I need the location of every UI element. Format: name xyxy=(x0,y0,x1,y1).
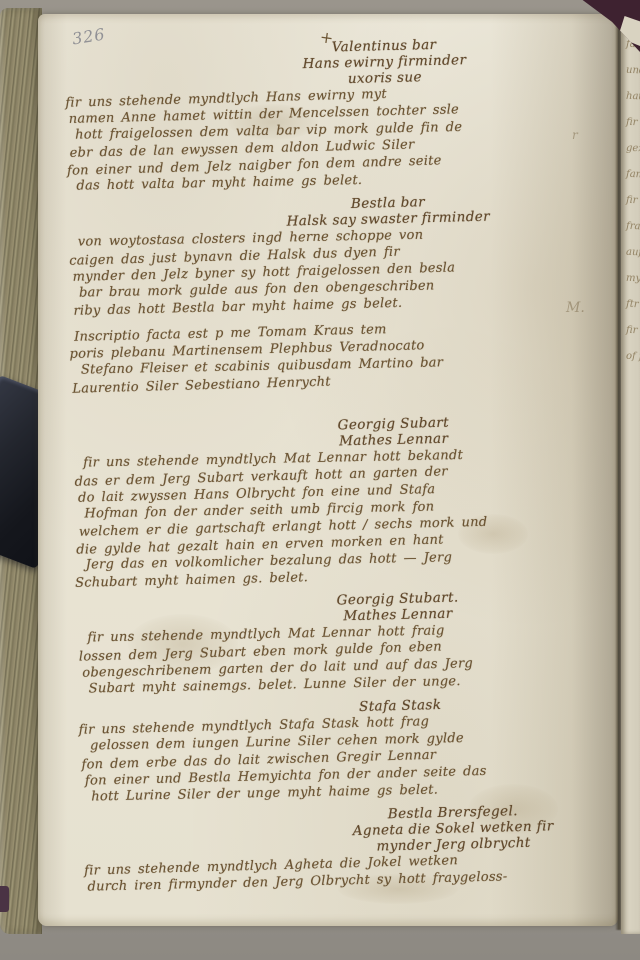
facing-page-text-fragment: auf xyxy=(621,240,640,267)
facing-page-sliver: dyfauundhathfir wgezfamfirframaufmyhftrf… xyxy=(621,6,640,934)
facing-page-text-fragment: gez xyxy=(621,136,640,163)
facing-page-text-fragment: fram xyxy=(621,214,640,241)
manuscript-photo: 326 + Valentinus barHans ewirny firminde… xyxy=(0,0,640,960)
manuscript-section: Georgig SubartMathes Lennarfir uns stehe… xyxy=(71,411,583,591)
manuscript-section: Valentinus barHans ewirny firminderuxori… xyxy=(62,34,574,196)
bleed-mark: r xyxy=(572,128,578,142)
facing-page-text-fragment: hath xyxy=(621,84,640,111)
facing-page-text-fragment: fir xyxy=(621,318,640,345)
facing-page-text-fragment: und xyxy=(621,58,640,85)
bleed-mark: M. xyxy=(566,300,585,316)
cover-sliver xyxy=(0,886,9,912)
manuscript-section: Bestla Brersfegel.Agneta die Sokel wetke… xyxy=(81,801,591,895)
manuscript-section: Georgig Stubart.Mathes Lennarfir uns ste… xyxy=(76,586,586,698)
manuscript-text: Valentinus barHans ewirny firminderuxori… xyxy=(62,34,591,903)
facing-page-text-fragment: fir xyxy=(621,188,640,215)
facing-page-text-fragment: myh xyxy=(621,266,640,293)
facing-page-text-fragment: ftr xyxy=(621,292,640,319)
facing-page-text-fragment: fir w xyxy=(621,110,640,137)
facing-page-text-fragment: fam xyxy=(621,162,640,189)
manuscript-section: Bestla barHalsk say swaster firmindervon… xyxy=(66,191,577,320)
manuscript-section: Stafa Staskfir uns stehende myndtlych St… xyxy=(78,693,588,806)
manuscript-section: Inscriptio facta est p me Tomam Kraus te… xyxy=(69,317,579,397)
facing-page-text-fragment: of fy xyxy=(621,344,640,371)
